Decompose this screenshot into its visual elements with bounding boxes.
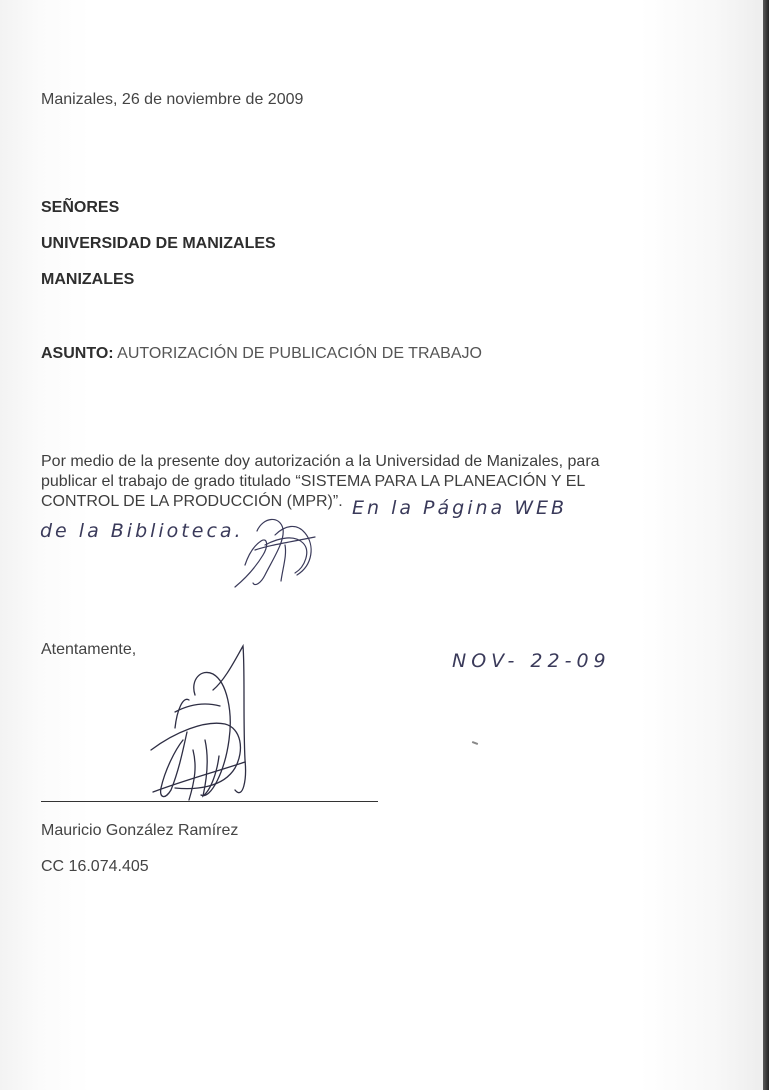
body-line: publicar el trabajo de grado titulado “S…: [41, 472, 641, 492]
recipient-salutation: SEÑORES: [41, 199, 119, 217]
handwritten-date: NOV- 22-09: [452, 650, 611, 672]
initials-signature-icon: [225, 515, 325, 590]
date-line: Manizales, 26 de noviembre de 2009: [41, 91, 303, 109]
subject-label: ASUNTO:: [41, 345, 114, 362]
scan-border: [763, 0, 769, 1090]
signature-icon: [135, 640, 265, 815]
scan-speck: [472, 741, 478, 745]
closing: Atentamente,: [41, 641, 136, 659]
handwritten-annotation-line-2: de la Biblioteca.: [40, 520, 244, 542]
scanned-page: Manizales, 26 de noviembre de 2009 SEÑOR…: [0, 0, 769, 1090]
body-line: Por medio de la presente doy autorizació…: [41, 452, 641, 472]
recipient-city: MANIZALES: [41, 271, 134, 289]
signer-id: CC 16.074.405: [41, 858, 149, 876]
handwritten-annotation-line-1: En la Página WEB: [352, 497, 567, 519]
subject-line: ASUNTO: AUTORIZACIÓN DE PUBLICACIÓN DE T…: [41, 345, 482, 363]
signature-line: [41, 801, 378, 802]
recipient-institution: UNIVERSIDAD DE MANIZALES: [41, 235, 276, 253]
signer-name: Mauricio González Ramírez: [41, 822, 238, 840]
subject-value: AUTORIZACIÓN DE PUBLICACIÓN DE TRABAJO: [114, 345, 482, 362]
